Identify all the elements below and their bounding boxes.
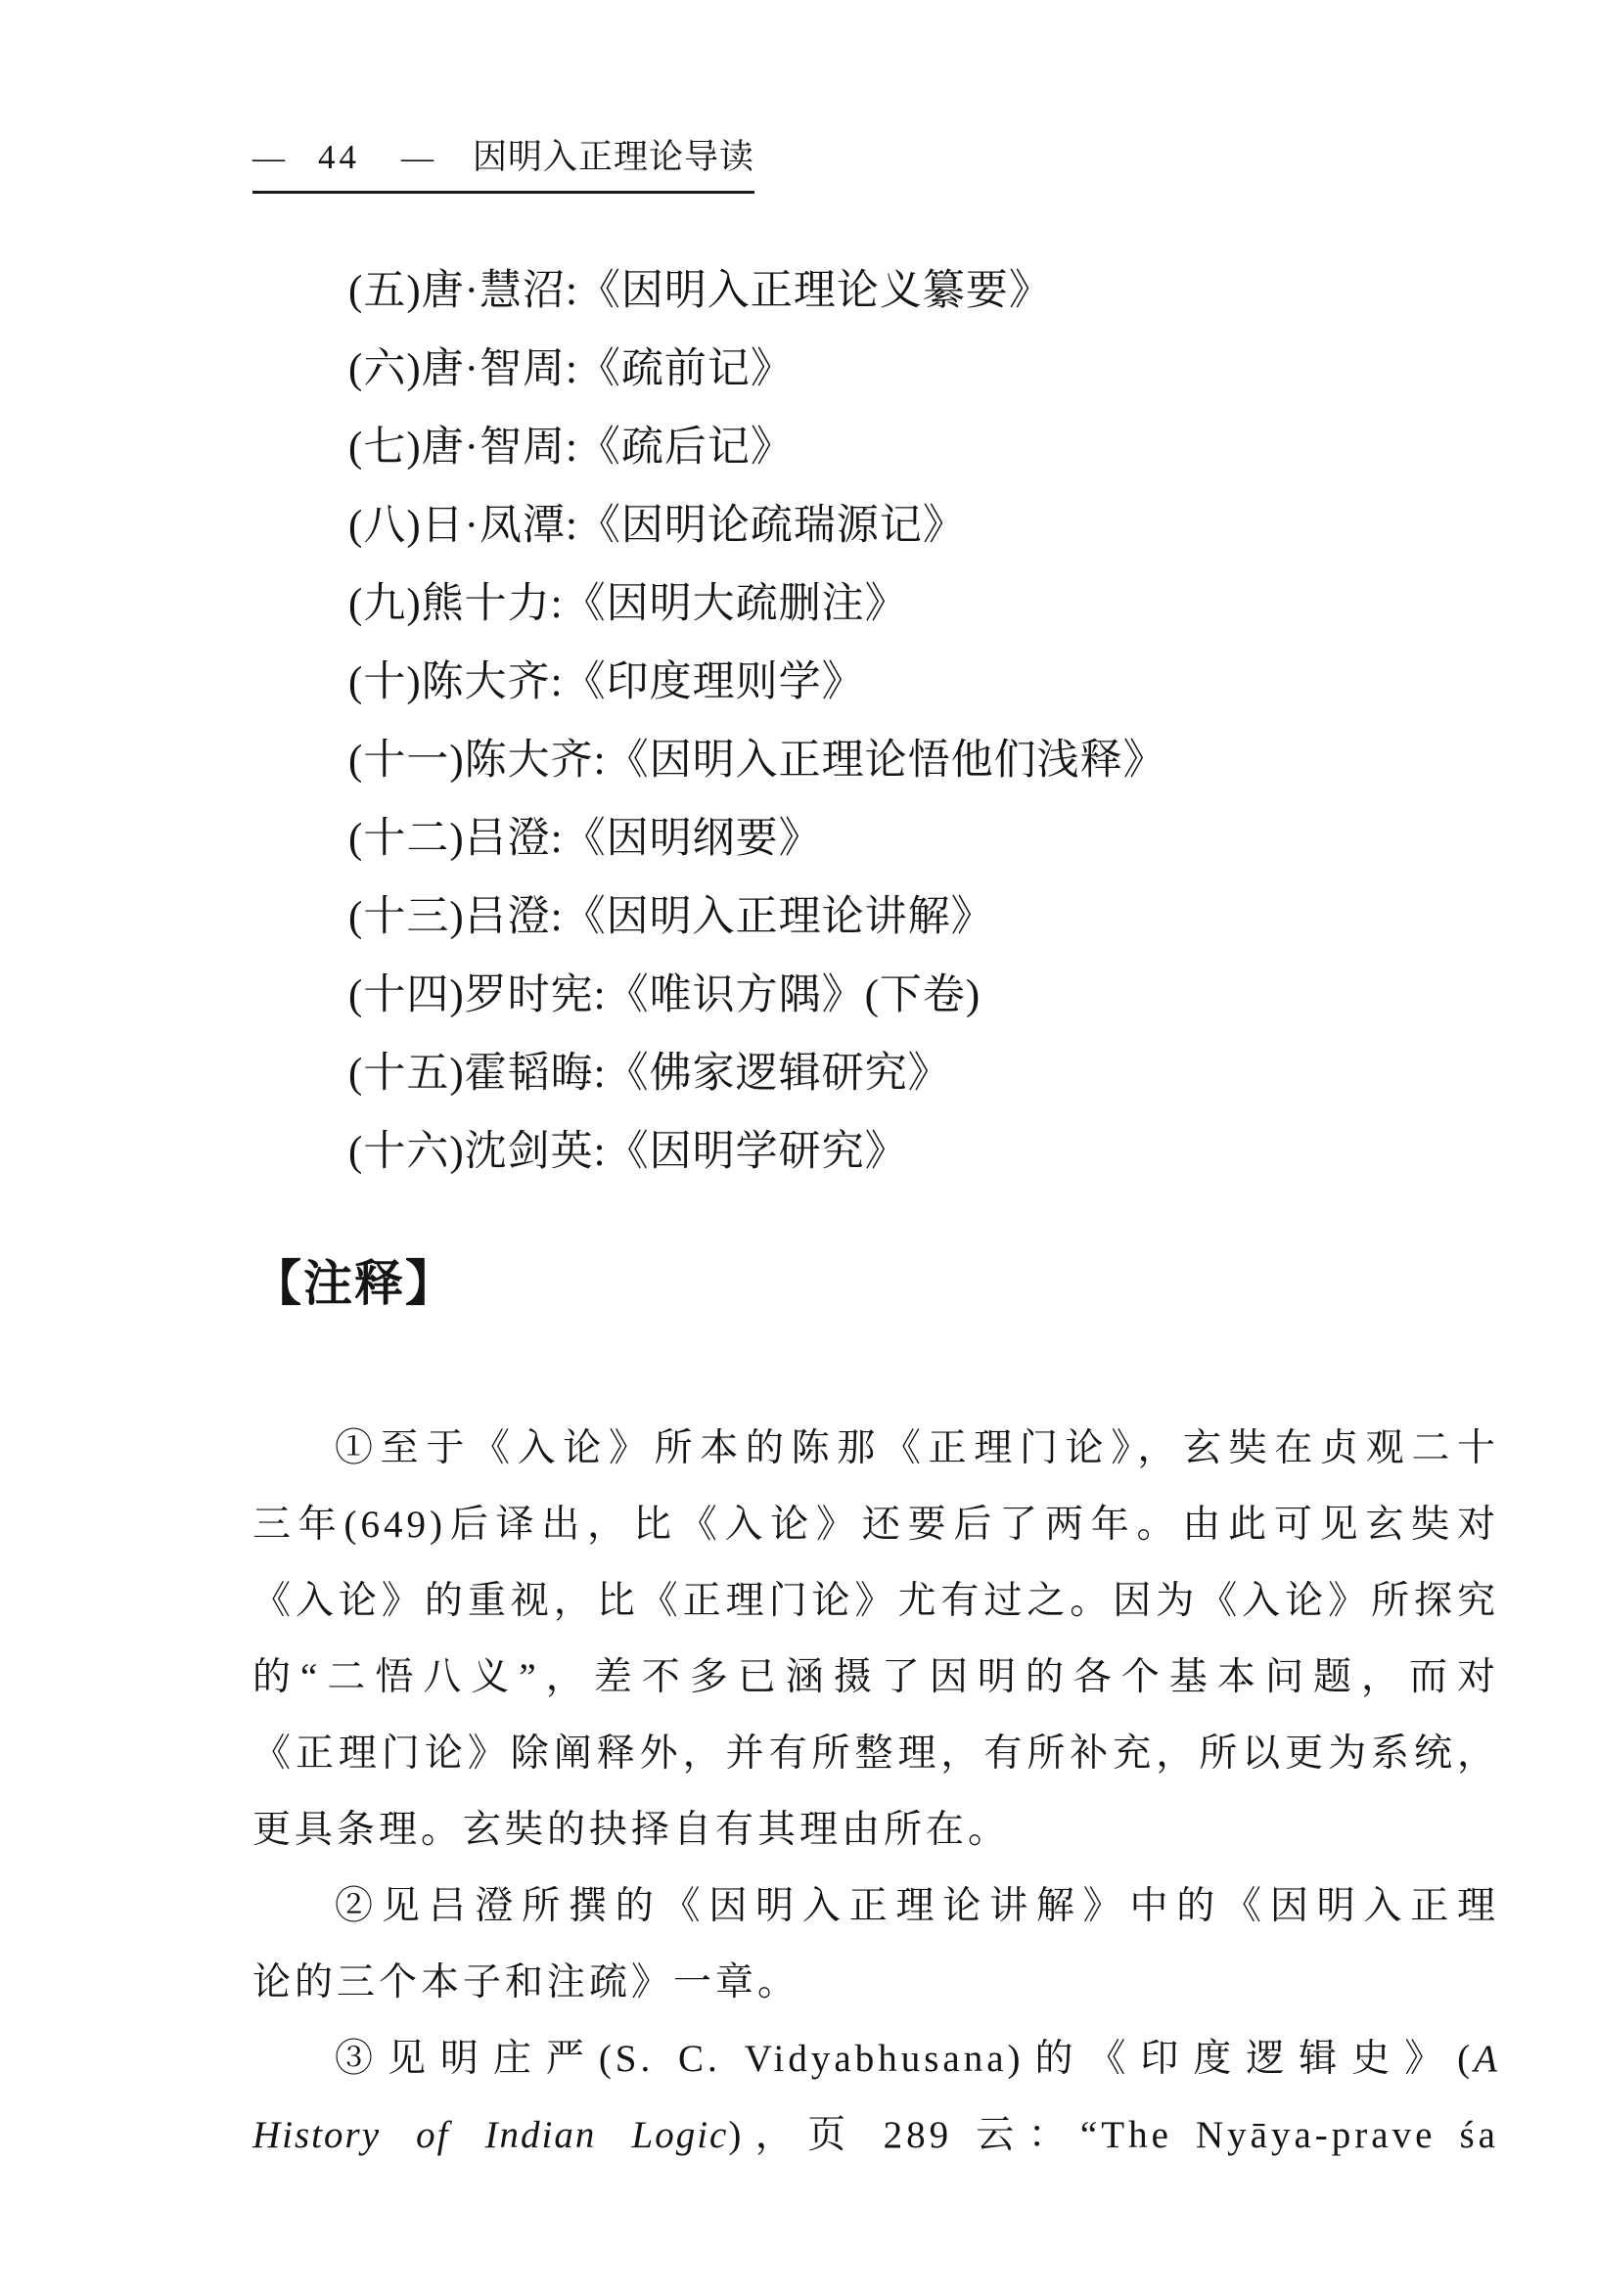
page-content: — 44 — 因明入正理论导读 (五)唐·慧沼:《因明入正理论义纂要》 (六)唐… (252, 130, 1499, 2174)
note-paragraph-2: ②见吕澄所撰的《因明入正理论讲解》中的《因明入正理 论的三个本子和注疏》一章。 (252, 1868, 1499, 2021)
book-title: 因明入正理论导读 (473, 130, 754, 179)
bibliography-item: (七)唐·智周:《疏后记》 (348, 409, 1499, 487)
running-head: — 44 — 因明入正理论导读 (252, 130, 754, 194)
header-dash-right: — (401, 141, 433, 177)
bibliography-item: (六)唐·智周:《疏前记》 (348, 331, 1499, 409)
notes-section-title: 【注释】 (252, 1244, 1499, 1315)
header-dash-left: — (252, 141, 285, 177)
note-line: History of Indian Logic)，页 289 云：“The Ny… (252, 2097, 1499, 2174)
bibliography-item: (十三)吕澄:《因明入正理论讲解》 (348, 878, 1499, 957)
note-line: 的“二悟八义”，差不多已涵摄了因明的各个基本问题，而对 (252, 1640, 1499, 1716)
note-paragraph-1: ①至于《入论》所本的陈那《正理门论》，玄奘在贞观二十 三年(649)后译出，比《… (252, 1411, 1499, 1868)
book-page: — 44 — 因明入正理论导读 (五)唐·慧沼:《因明入正理论义纂要》 (六)唐… (0, 0, 1597, 2296)
page-number: 44 (318, 138, 360, 177)
bibliography-item: (十一)陈大齐:《因明入正理论悟他们浅释》 (348, 722, 1499, 800)
note-line: 三年(649)后译出，比《入论》还要后了两年。由此可见玄奘对 (252, 1487, 1499, 1563)
latin-book-title: History of Indian Logic (252, 2114, 728, 2156)
bibliography-item: (八)日·凤潭:《因明论疏瑞源记》 (348, 487, 1499, 565)
note-line: ③见明庄严(S. C. Vidyabhusana)的《印度逻辑史》(A (252, 2021, 1499, 2097)
note-line: 论的三个本子和注疏》一章。 (252, 1945, 1499, 2021)
note-paragraph-3: ③见明庄严(S. C. Vidyabhusana)的《印度逻辑史》(A Hist… (252, 2021, 1499, 2174)
bibliography-item: (九)熊十力:《因明大疏删注》 (348, 565, 1499, 644)
note-text-rest: )，页 289 云：“The Nyāya-prave śa (728, 2114, 1499, 2156)
latin-book-title-start: A (1474, 2038, 1499, 2080)
bibliography-item: (十四)罗时宪:《唯识方隅》(下卷) (348, 957, 1499, 1035)
note-line: 《入论》的重视，比《正理门论》尤有过之。因为《入论》所探究 (252, 1563, 1499, 1640)
bibliography-item: (十二)吕澄:《因明纲要》 (348, 800, 1499, 878)
note-line: ②见吕澄所撰的《因明入正理论讲解》中的《因明入正理 (252, 1868, 1499, 1945)
bibliography-item: (十五)霍韬晦:《佛家逻辑研究》 (348, 1035, 1499, 1113)
notes-block: ①至于《入论》所本的陈那《正理门论》，玄奘在贞观二十 三年(649)后译出，比《… (252, 1411, 1499, 2174)
note-line: ①至于《入论》所本的陈那《正理门论》，玄奘在贞观二十 (252, 1411, 1499, 1487)
note-line: 更具条理。玄奘的抉择自有其理由所在。 (252, 1792, 1499, 1868)
note-line: 《正理门论》除阐释外，并有所整理，有所补充，所以更为系统， (252, 1716, 1499, 1792)
bibliography-list: (五)唐·慧沼:《因明入正理论义纂要》 (六)唐·智周:《疏前记》 (七)唐·智… (348, 252, 1499, 1192)
bibliography-item: (十六)沈剑英:《因明学研究》 (348, 1113, 1499, 1192)
bibliography-item: (五)唐·慧沼:《因明入正理论义纂要》 (348, 252, 1499, 331)
note-text-zh: ③见明庄严(S. C. Vidyabhusana)的《印度逻辑史》( (335, 2038, 1474, 2080)
bibliography-item: (十)陈大齐:《印度理则学》 (348, 644, 1499, 722)
